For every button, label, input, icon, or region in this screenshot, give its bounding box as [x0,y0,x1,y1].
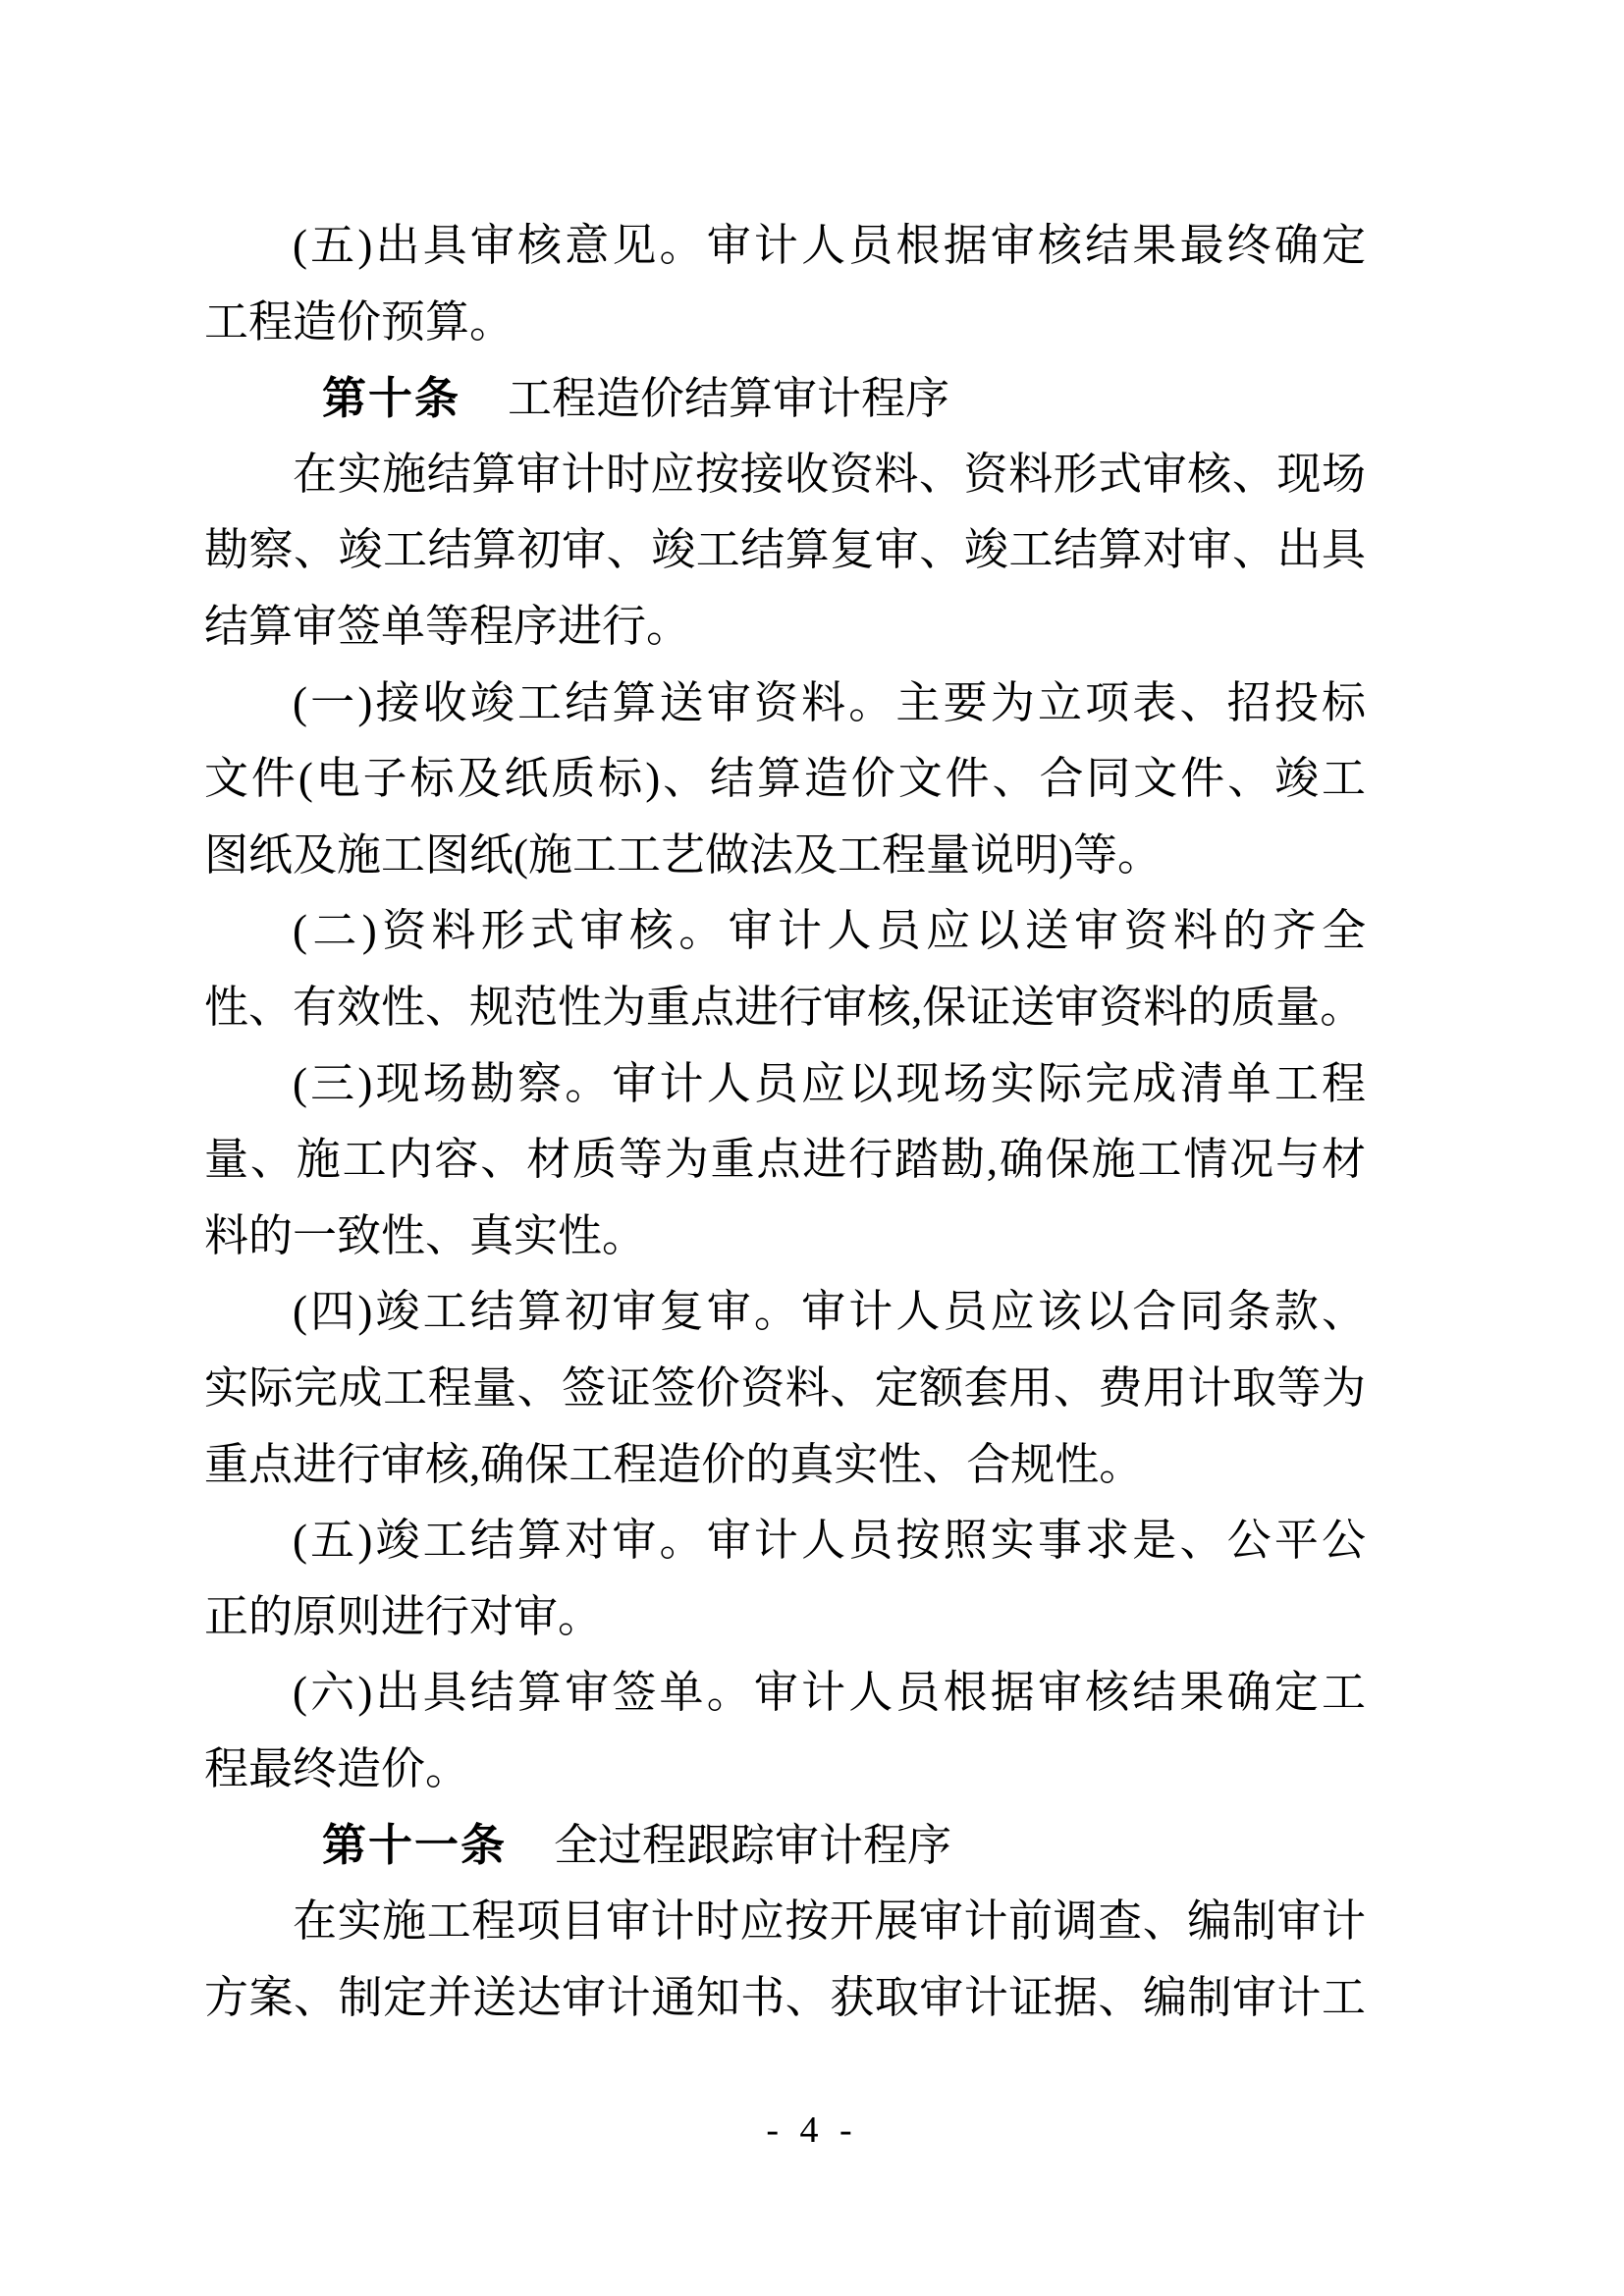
text-line: (六)出具结算审签单。审计人员根据审核结果确定工 [204,1655,1366,1732]
text-line: 方案、制定并送达审计通知书、获取审计证据、编制审计工 [204,1960,1366,2037]
text-line: (四)竣工结算初审复审。审计人员应该以合同条款、 [204,1274,1366,1351]
text-line: (二)资料形式审核。审计人员应以送审资料的齐全 [204,893,1366,970]
text-line: 料的一致性、真实性。 [204,1199,1366,1275]
text-line: 图纸及施工图纸(施工工艺做法及工程量说明)等。 [204,818,1366,894]
section-heading: 第十一条全过程跟踪审计程序 [204,1807,1366,1884]
text-line: 工程造价预算。 [204,285,1366,361]
text-line: (五)出具审核意见。审计人员根据审核结果最终确定 [204,208,1366,285]
article-title: 工程造价结算审计程序 [508,374,949,423]
text-line: 量、施工内容、材质等为重点进行踏勘,确保施工情况与材 [204,1122,1366,1199]
text-line: 在实施结算审计时应按接收资料、资料形式审核、现场 [204,437,1366,513]
page-number: - 4 - [0,2109,1624,2152]
article-number: 第十条 [322,373,460,423]
text-line: 结算审签单等程序进行。 [204,589,1366,666]
article-number: 第十一条 [322,1820,507,1870]
text-line: 性、有效性、规范性为重点进行审核,保证送审资料的质量。 [204,970,1366,1046]
section-heading: 第十条工程造价结算审计程序 [204,360,1366,437]
article-title: 全过程跟踪审计程序 [554,1821,951,1870]
text-line: 实际完成工程量、签证签价资料、定额套用、费用计取等为 [204,1351,1366,1427]
text-line: (一)接收竣工结算送审资料。主要为立项表、招投标 [204,666,1366,742]
text-line: 程最终造价。 [204,1732,1366,1808]
text-line: (五)竣工结算对审。审计人员按照实事求是、公平公 [204,1503,1366,1579]
text-line: 在实施工程项目审计时应按开展审计前调查、编制审计 [204,1884,1366,1960]
document-page: (五)出具审核意见。审计人员根据审核结果最终确定工程造价预算。第十条工程造价结算… [0,0,1624,2296]
text-line: 正的原则进行对审。 [204,1579,1366,1656]
text-line: (三)现场勘察。审计人员应以现场实际完成清单工程 [204,1046,1366,1123]
text-line: 勘察、竣工结算初审、竣工结算复审、竣工结算对审、出具 [204,512,1366,589]
text-line: 重点进行审核,确保工程造价的真实性、合规性。 [204,1427,1366,1504]
document-body: (五)出具审核意见。审计人员根据审核结果最终确定工程造价预算。第十条工程造价结算… [204,208,1366,2036]
text-line: 文件(电子标及纸质标)、结算造价文件、合同文件、竣工 [204,741,1366,818]
